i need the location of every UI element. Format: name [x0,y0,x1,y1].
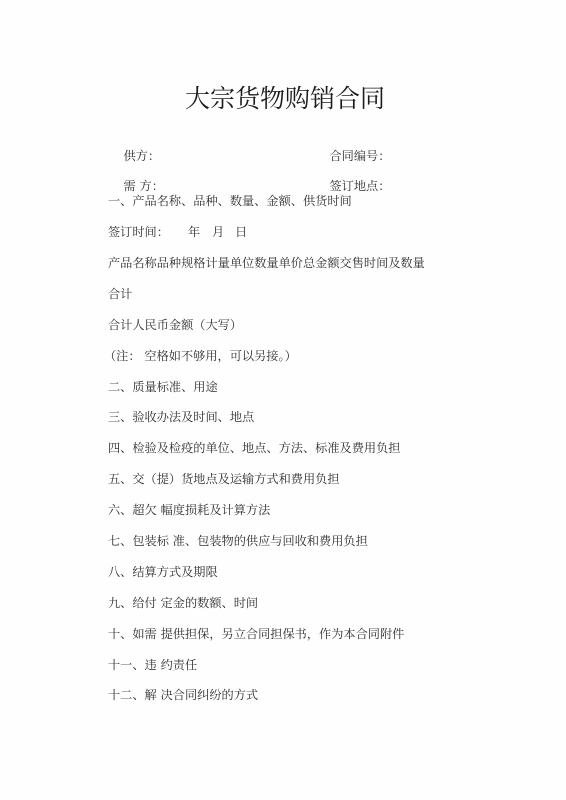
section-7: 七、包装标 准、包装物的供应与回收和费用负担 [108,533,368,549]
section-4: 四、检验及检疫的单位、地点、方法、标准及费用负担 [108,440,401,456]
sign-date-label: 签订时间： [108,224,169,240]
document-page: 大宗货物购销合同 供方： 合同编号： 需 方： 签订地点： 一、产品名称、品种、… [0,0,566,800]
buyer-label: 需 方： [124,179,164,193]
section-8: 八、结算方式及期限 [108,564,218,580]
section-3: 三、验收办法及时间、地点 [108,409,254,425]
note-line: （注： 空格如不够用，可以另接。） [104,348,297,364]
document-title: 大宗货物购销合同 [0,84,566,114]
total-rmb-line: 合计人民币金额（大写） [108,317,242,333]
section-5: 五、交（提）货地点及运输方式和费用负担 [108,471,340,487]
section-2: 二、质量标准、用途 [108,379,218,395]
section-11: 十一、违 约责任 [108,657,197,673]
total-line: 合计 [108,286,132,302]
section-1-heading: 一、产品名称、品种、数量、金额、供货时间 [108,193,352,209]
sign-date-day: 日 [235,224,247,240]
supplier-label: 供方： [124,149,161,163]
product-table-header: 产品名称品种规格计量单位数量单价总金额交售时间及数量 [108,255,425,271]
contract-no-label: 合同编号： [330,149,391,163]
sign-place-label: 签订地点： [330,179,391,193]
section-6: 六、超欠 幅度损耗及计算方法 [108,502,270,518]
section-10: 十、如需 提供担保，另立合同担保书，作为本合同附件 [108,626,404,642]
section-9: 九、给付 定金的数额、时间 [108,595,258,611]
sign-date-month: 月 [212,224,224,240]
sign-date-year: 年 [188,224,200,240]
section-12: 十二、解 决合同纠纷的方式 [108,687,258,703]
